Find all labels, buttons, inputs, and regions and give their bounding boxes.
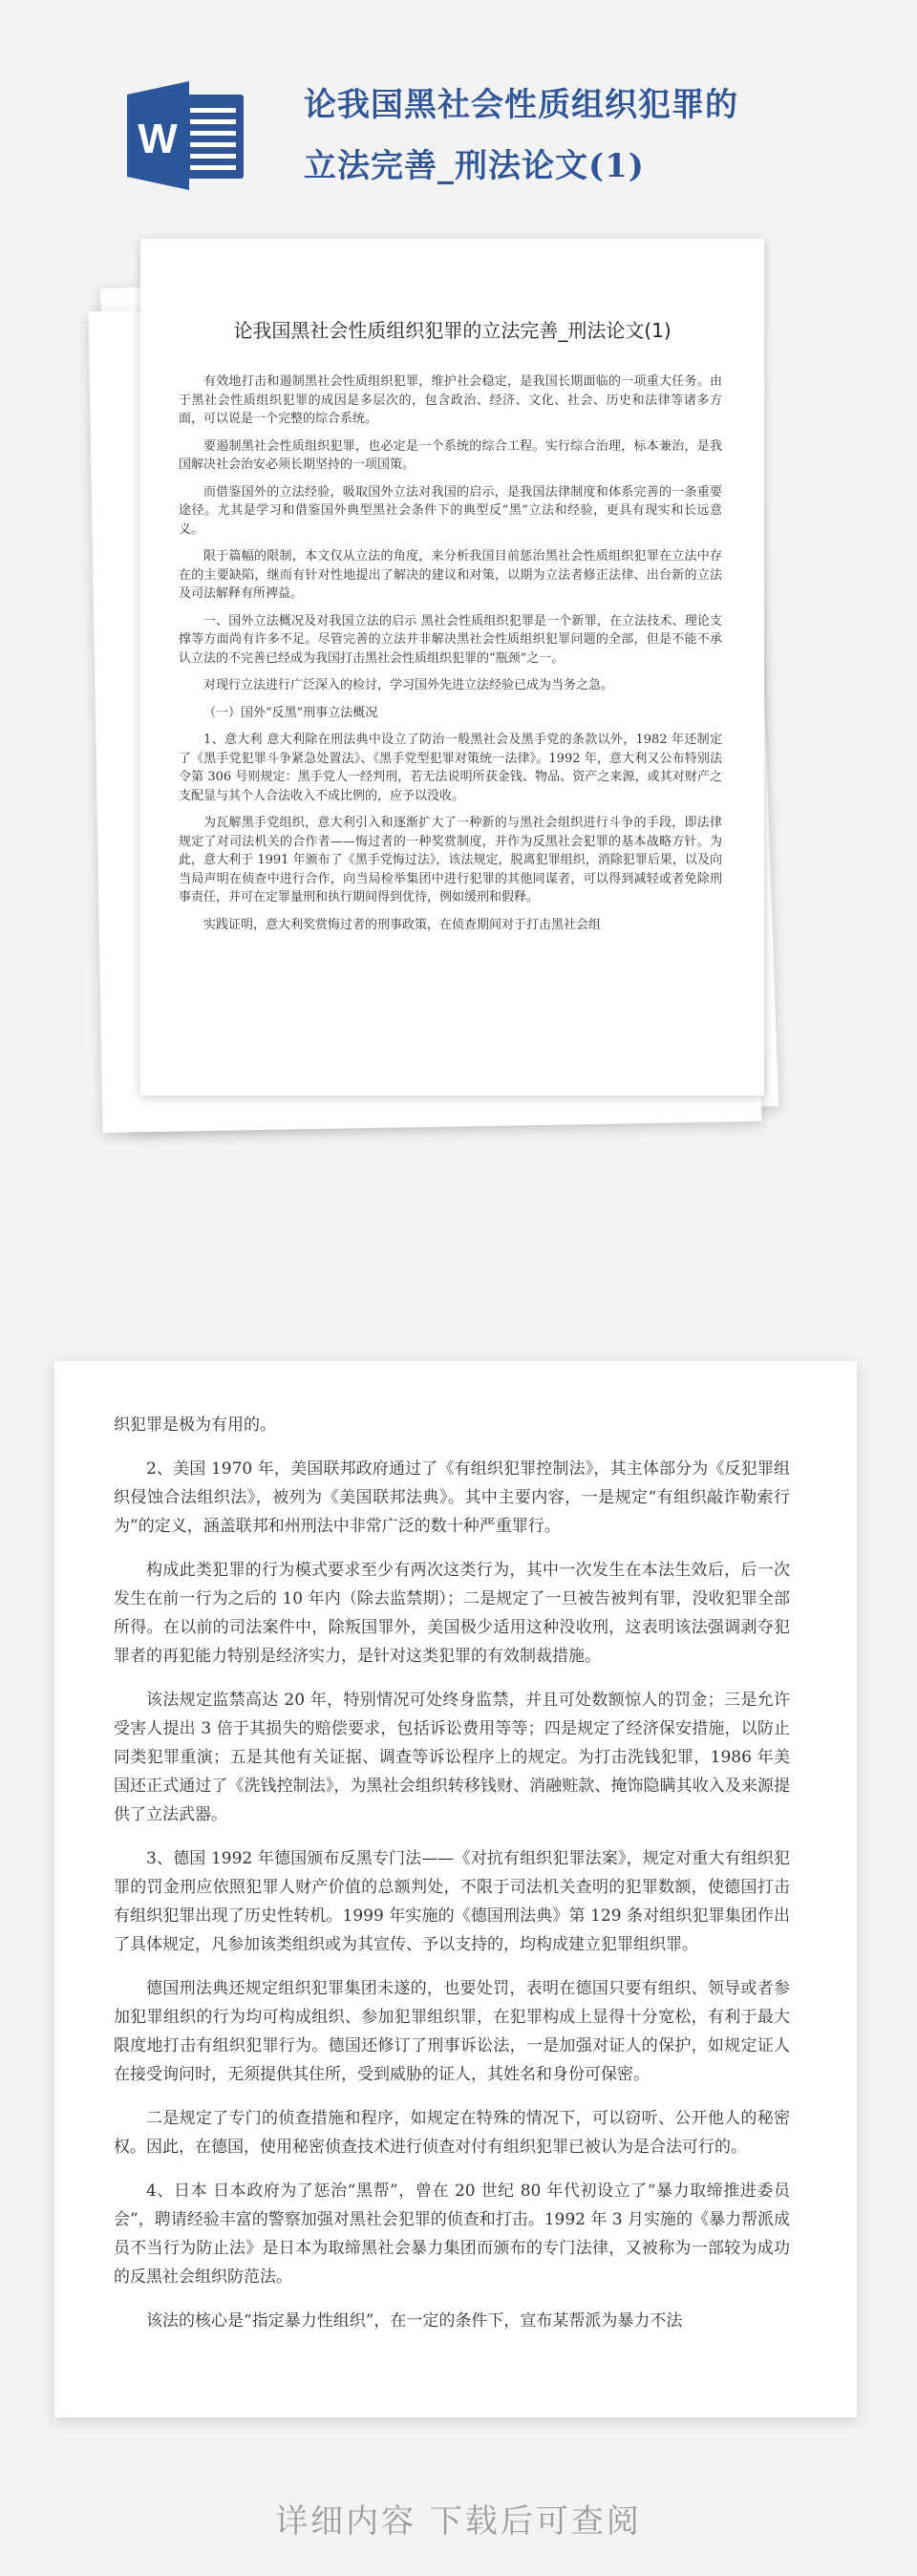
paragraph: 二是规定了专门的侦查措施和程序，如规定在特殊的情况下，可以窃听、公开他人的秘密权…: [114, 2104, 790, 2161]
paragraph: 2、美国 1970 年，美国联邦政府通过了《有组织犯罪控制法》，其主体部分为《反…: [114, 1455, 790, 1541]
page-2: 织犯罪是极为有用的。 2、美国 1970 年，美国联邦政府通过了《有组织犯罪控制…: [54, 1361, 857, 2417]
paragraph: 德国刑法典还规定组织犯罪集团未遂的，也要处罚，表明在德国只要有组织、领导或者参加…: [114, 1974, 790, 2089]
paragraph: 构成此类犯罪的行为模式要求至少有两次这类行为，其中一次发生在本法生效后，后一次发…: [114, 1556, 790, 1671]
word-document-icon: W: [127, 81, 251, 190]
document-title-line1: 论我国黑社会性质组织犯罪的: [304, 75, 839, 136]
header: W 论我国黑社会性质组织犯罪的 立法完善_刑法论文(1): [0, 0, 917, 220]
paragraph: 实践证明，意大利奖赏悔过者的刑事政策，在侦查期间对于打击黑社会组: [179, 916, 722, 935]
paragraph: 为瓦解黑手党组织，意大利引入和逐渐扩大了一种新的与黑社会组织进行斗争的手段，即法…: [179, 814, 722, 907]
paragraph: 一、国外立法概况及对我国立法的启示 黑社会性质组织犯罪是一个新罪，在立法技术、理…: [179, 612, 722, 669]
paragraph: 织犯罪是极为有用的。: [114, 1411, 790, 1439]
paragraph: 3、德国 1992 年德国颁布反黑专门法——《对抗有组织犯罪法案》，规定对重大有…: [114, 1844, 790, 1959]
paragraph: 要遏制黑社会性质组织犯罪，也必定是一个系统的综合工程。实行综合治理，标本兼治，是…: [179, 437, 722, 475]
paragraph: 该法规定监禁高达 20 年，特别情况可处终身监禁，并且可处数额惊人的罚金；三是允…: [114, 1686, 790, 1829]
page-body: 有效地打击和遏制黑社会性质组织犯罪，维护社会稳定，是我国长期面临的一项重大任务。…: [179, 373, 722, 943]
paragraph: 而借鉴国外的立法经验，吸取国外立法对我国的启示，是我国法律制度和体系完善的一条重…: [179, 483, 722, 540]
paragraph: 4、日本 日本政府为了惩治“黑帮”，曾在 20 世纪 80 年代初设立了“暴力取…: [114, 2177, 790, 2291]
document-preview-page1: 论我国黑社会性质组织犯罪的立法完善_刑法论文(1) 有效地打击和遏制黑社会性质组…: [96, 239, 821, 1194]
document-title: 论我国黑社会性质组织犯罪的 立法完善_刑法论文(1): [304, 75, 839, 197]
document-title-line2: 立法完善_刑法论文(1): [304, 136, 839, 197]
page-body: 织犯罪是极为有用的。 2、美国 1970 年，美国联邦政府通过了《有组织犯罪控制…: [114, 1411, 790, 2335]
page-title: 论我国黑社会性质组织犯罪的立法完善_刑法论文(1): [140, 315, 764, 343]
paragraph: 对现行立法进行广泛深入的检讨，学习国外先进立法经验已成为当务之急。: [179, 676, 722, 695]
paragraph: 该法的核心是“指定暴力性组织”，在一定的条件下，宣布某帮派为暴力不法: [114, 2307, 790, 2335]
paragraph: 有效地打击和遏制黑社会性质组织犯罪，维护社会稳定，是我国长期面临的一项重大任务。…: [179, 373, 722, 429]
download-hint: 详细内容 下载后可查阅: [0, 2495, 917, 2542]
page-1: 论我国黑社会性质组织犯罪的立法完善_刑法论文(1) 有效地打击和遏制黑社会性质组…: [140, 239, 764, 1096]
paragraph: 限于篇幅的限制，本文仅从立法的角度，来分析我国目前惩治黑社会性质组织犯罪在立法中…: [179, 547, 722, 604]
svg-text:W: W: [138, 116, 178, 162]
paragraph: 1、意大利 意大利除在刑法典中设立了防治一般黑社会及黑手党的条款以外，1982 …: [179, 731, 722, 805]
section-heading: （一）国外“反黑”刑事立法概况: [179, 704, 722, 723]
